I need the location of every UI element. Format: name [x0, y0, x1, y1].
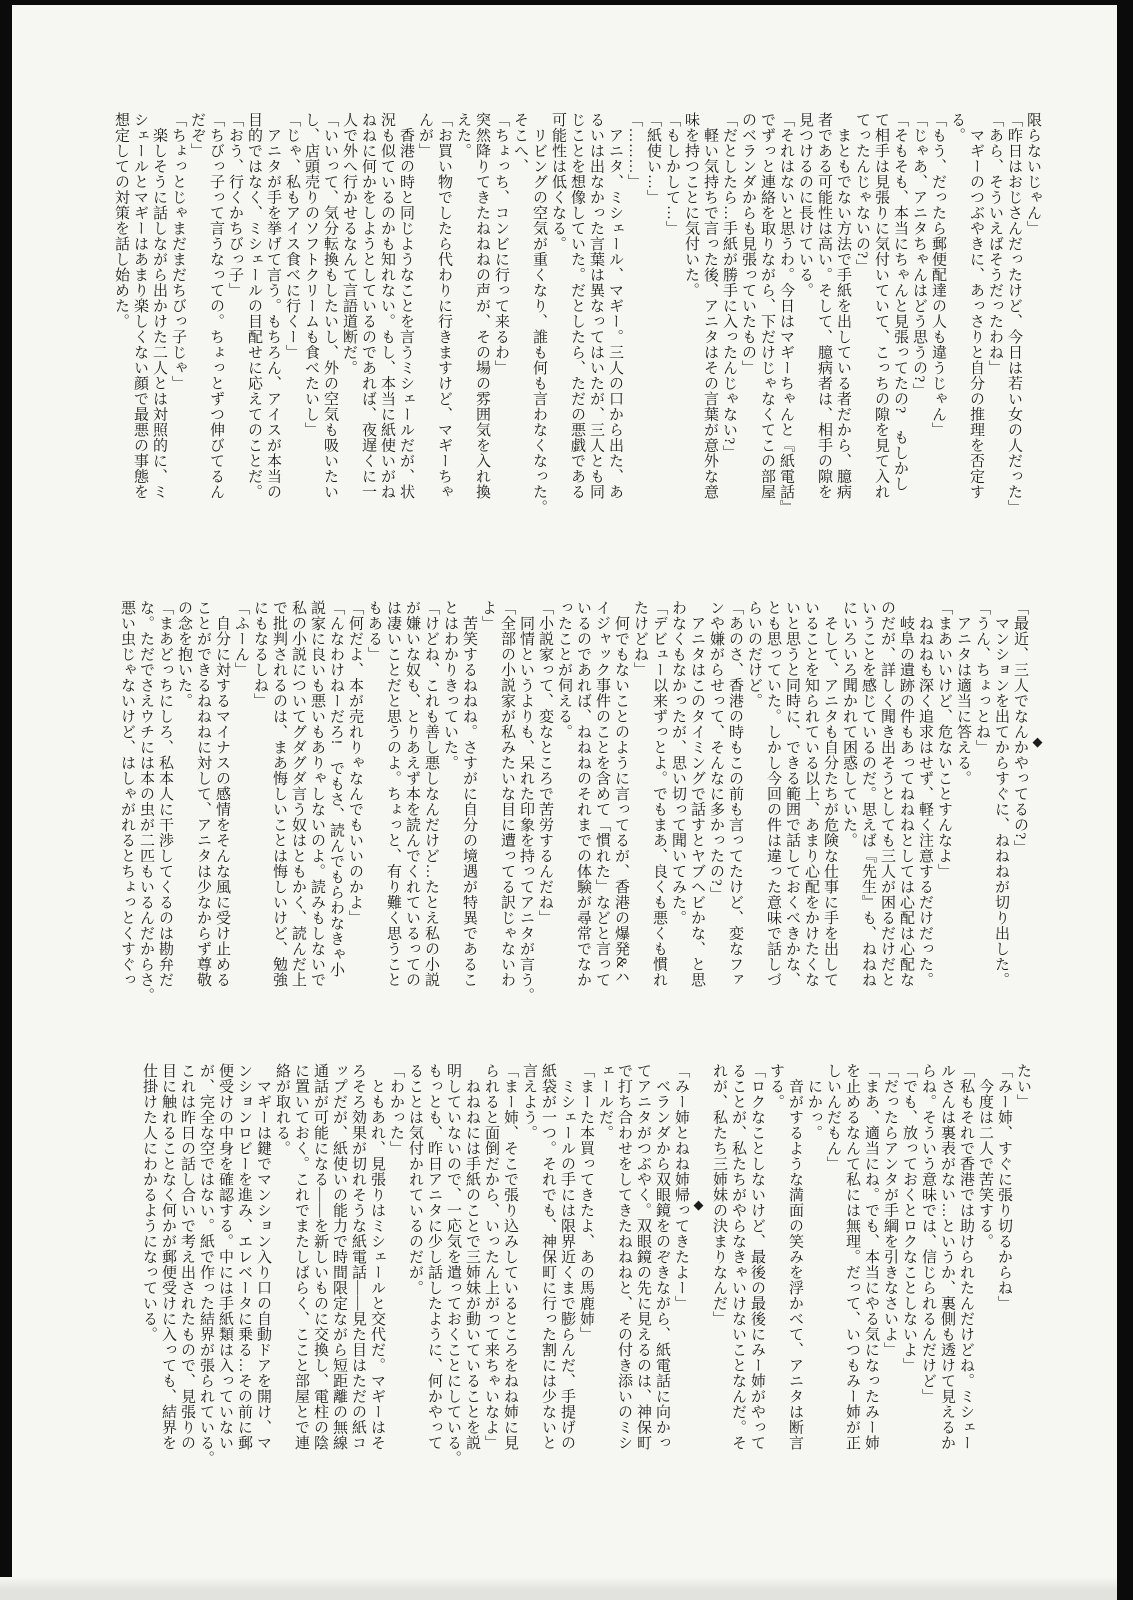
text-column: 便受けの中身を確認する。中には手紙類は入っていない — [215, 1063, 234, 1497]
text-column: 「まあどっちにしろ、私本人に干渉してくるのは勘弁だ — [155, 600, 174, 1030]
text-column: 「まー姉、そこで張り込みしているところをねね姉に見 — [500, 1063, 519, 1497]
text-column: 紙袋が一つ。それでも、神保町に行った割には少ないと — [538, 1063, 557, 1497]
text-column: そして、アニタも自分たちが危険な仕事に手を出して — [820, 600, 839, 1030]
text-column: 香港の時と同じようなことを言うミシェールだが、状 — [396, 112, 415, 557]
text-column: 「あら、そういえばそうだったわね」 — [985, 112, 1004, 557]
text-column: で打ち合わせをしてきたねねねと、その付き添いのミシ — [614, 1063, 633, 1497]
text-column: 「んなわけねーだろ! でもさ、読んでもらわなきゃ小 — [326, 600, 345, 1030]
text-column: いることを知られている以上、あまり心配をかけたくな — [801, 600, 820, 1030]
text-column: な。ただでさえウチには本の虫が二匹もいるんだからさ。 — [136, 600, 155, 1030]
text-column: ることが、私たちがやらなきゃいけないことなんだ。そ — [728, 1063, 747, 1497]
text-column: 「全部の小説家が私みたいな目に遭ってる訳じゃないわ — [497, 600, 516, 1030]
text-column: らいのだけど。 — [744, 600, 763, 1030]
text-column: 同情というよりも、呆れた印象を持ってアニタが言う。 — [516, 600, 535, 1030]
text-column: もっとも、昨日アニタに少し話したように、何かやって — [424, 1063, 443, 1497]
text-column: 音がするような満面の笑みを浮かべて、アニタは断言 — [785, 1063, 804, 1497]
text-column: 何でもないことのように言ってるが、香港の爆発&ハ — [611, 600, 630, 1030]
section-divider-diamond-icon: ◆ — [1029, 600, 1048, 1030]
text-column: イジャック事件のことを含めて「慣れた」などと言って — [592, 600, 611, 1030]
text-section-3: たい」「みー姉、すぐに張り切るからね」 今度は二人で苦笑する。「私もそれで香港で… — [120, 1063, 1032, 1497]
text-column: アニタ、ミシェール、マギー。三人の口から出た、あ — [605, 112, 624, 557]
text-column: 軽い気持ちで言った後、アニタはその言葉が意外な意 — [700, 112, 719, 557]
text-column: これは昨日の話し合いで考え出されたもので、見張りの — [177, 1063, 196, 1497]
text-column: を止めるなんて私には無理。だって、いつもみー姉が正 — [842, 1063, 861, 1497]
text-column: るいは出なかった言葉は異なってはいたが、三人とも同 — [586, 112, 605, 557]
text-column: 「まあ、適当にね。でも、本当にやる気になったみー姉 — [861, 1063, 880, 1497]
text-column: 「ちょっち、コンビに行って来るわ」 — [491, 112, 510, 557]
text-column: アニタはこのタイミングで話すとヤブヘビかな、と思 — [687, 600, 706, 1030]
text-column: 目に触れることなく何かが郵便受けに入っても、結界を — [158, 1063, 177, 1497]
text-column: マンションを出てからすぐに、ねねねが切り出した。 — [991, 600, 1010, 1030]
text-column: られると面倒だから、いったん上がって来ちゃいなよ」 — [481, 1063, 500, 1497]
text-column: わなくもなかったが、思い切って聞いてみた。 — [668, 600, 687, 1030]
text-column: 「紙使い…」 — [643, 112, 662, 557]
text-column: アニタが手を挙げて言う。もちろん、アイスが本当の — [263, 112, 282, 557]
text-section-1: 限らないじゃん」「昨日はおじさんだったけど、今日は若い女の人だった」「あら、そう… — [111, 112, 1042, 557]
text-column: たい」 — [1013, 1063, 1032, 1497]
text-column: シェールとマギーはあまり楽しくない顔で最悪の事態を — [130, 112, 149, 557]
text-column: 者である可能性は高い。そして、臆病者は、相手の隙を — [814, 112, 833, 557]
text-column: 「もう、だったら郵便配達の人も違うじゃん」 — [928, 112, 947, 557]
text-column: とはわかりきっていた。 — [440, 600, 459, 1030]
text-column: 「小説家って、変なところで苦労するんだね」 — [535, 600, 554, 1030]
page-edge-top — [0, 0, 1133, 5]
text-column: に置いておく。これでまたしばらく、ここと部屋とで連 — [291, 1063, 310, 1497]
text-column: が嫌いな奴も、とりあえず本を読んでくれているっての — [402, 600, 421, 1030]
text-column: てアニタがつぶやく。双眼鏡の先に見えるのは、神保町 — [633, 1063, 652, 1497]
text-column: 限らないじゃん」 — [1023, 112, 1042, 557]
text-column: えた。 — [453, 112, 472, 557]
text-column: で批判されるのは、まあ悔しいことは悔しいけど、勉強 — [269, 600, 288, 1030]
text-column: 明していないので、一応気を遣っておくことにしている。 — [443, 1063, 462, 1497]
text-column: らね。そういう意味では、信じられるんだけど」 — [918, 1063, 937, 1497]
text-column: 想定しての対策を話し始めた。 — [111, 112, 130, 557]
text-column: の念を抱いた。 — [174, 600, 193, 1030]
text-column: が、完全な空ではない。紙で作った結界が張られている。 — [196, 1063, 215, 1497]
text-column: れが、私たち三姉妹の決まりなんだ」 — [709, 1063, 728, 1497]
text-column: 仕掛けた人にわかるようになっている。 — [139, 1063, 158, 1497]
text-column: 通話が可能になる――を新しいものに交換し、電柱の陰 — [310, 1063, 329, 1497]
text-section-2: ◆「最近、三人でなんかやってるの?」 マンションを出てからすぐに、ねねねが切り出… — [117, 600, 1048, 1030]
text-column: 「何だよ、本が売れりゃなんでもいいのかよ」 — [345, 600, 364, 1030]
text-column: ともあれ、見張りはミシェールと交代だ。マギーはそ — [367, 1063, 386, 1497]
text-column: 「私もそれで香港では助けられたんだけどね。ミシェー — [956, 1063, 975, 1497]
text-column: だぞ」 — [187, 112, 206, 557]
text-column: 可能性は低くなる。 — [548, 112, 567, 557]
page-edge-bottom — [0, 1577, 1117, 1600]
text-column: ミシェールの手には限界近くまで膨らんだ、手提げの — [557, 1063, 576, 1497]
text-column: 突然降りてきたねねねの声が、その場の雰囲気を入れ換 — [472, 112, 491, 557]
text-column: とも思っていた。しかし今回の件は違った意味で話しづ — [763, 600, 782, 1030]
text-column: のベランダからも見張っていたもの」 — [738, 112, 757, 557]
text-column: 「昨日はおじさんだったけど、今日は若い女の人だった」 — [1004, 112, 1023, 557]
text-column: いと思うと同時に、できる範囲で話しておくべきかな、 — [782, 600, 801, 1030]
text-column: 目的ではなく、ミシェールの目配せに応えてのことだ。 — [244, 112, 263, 557]
text-column: そこへ、 — [510, 112, 529, 557]
text-column: ねねに何かをしようとしているのであれば、夜遅くに一 — [358, 112, 377, 557]
section-divider-diamond-icon: ◆ — [690, 1063, 709, 1497]
text-column: ンションロビーを進み、エレベータに乗る…その前に郵 — [234, 1063, 253, 1497]
text-column: ねねねも深く追求はせず、軽く注意するだけだった。 — [915, 600, 934, 1030]
text-column: 「ふーん」 — [231, 600, 250, 1030]
text-column: し、店頭売りのソフトクリームも食べたいし」 — [301, 112, 320, 557]
text-column: じことを想像していた。だとしたら、ただの悪戯である — [567, 112, 586, 557]
text-column: もある」 — [364, 600, 383, 1030]
text-column: 楽しそうに話しながら出かけた二人とは対照的に、ミ — [149, 112, 168, 557]
text-column: 「じゃ、私もアイス食べに行くー」 — [282, 112, 301, 557]
text-column: 「………」 — [624, 112, 643, 557]
text-column: ンや嫌がらせって、そんなに多かったの?」 — [706, 600, 725, 1030]
text-column: 「まあいいけど、危ないことすんなよ」 — [934, 600, 953, 1030]
text-column: たけどね」 — [630, 600, 649, 1030]
text-column: 今度は二人で苦笑する。 — [975, 1063, 994, 1497]
text-column: 「お買い物でしたら代わりに行きますけど、マギーちゃ — [434, 112, 453, 557]
text-column: にかっ。 — [804, 1063, 823, 1497]
text-column: 「あのさ、香港の時もこの前も言ってたけど、変なファ — [725, 600, 744, 1030]
text-column: 悪い虫じゃないけど、はしゃがれるとちょっとくすぐっ — [117, 600, 136, 1030]
text-column: 言えよう。 — [519, 1063, 538, 1497]
text-column: 自分に対するマイナスの感情をそんな風に受け止める — [212, 600, 231, 1030]
text-column: 「みー姉とねね姉帰ってきたよー」 — [671, 1063, 690, 1497]
text-column: 見つけるのに長けている。 — [795, 112, 814, 557]
text-column: 「わかった」 — [386, 1063, 405, 1497]
text-column: ップだが、紙使いの能力で時間限定ながら短距離の無線 — [329, 1063, 348, 1497]
text-column: 「ちびっ子って言うなっての。ちょっとずつ伸びてるん — [206, 112, 225, 557]
text-column: まともでない方法で手紙を出している者だから、臆病 — [833, 112, 852, 557]
text-column: いるのであれば、ねねねのそれまでの体験が尋常でなか — [573, 600, 592, 1030]
text-column: 岐阜の遺跡の件もあってねねねとしては心配は心配な — [896, 600, 915, 1030]
text-column: する。 — [766, 1063, 785, 1497]
text-column: 「まーた本買ってきたよ、あの馬鹿姉」 — [576, 1063, 595, 1497]
text-column: 「それはないと思うわ。今日はマギーちゃんと『紙電話』 — [776, 112, 795, 557]
text-column: ることは気付かれているのだが。 — [405, 1063, 424, 1497]
text-column: 「おう、行くかちびっ子」 — [225, 112, 244, 557]
text-column: 「ちょっとじゃまだまだちびっ子じゃ」 — [168, 112, 187, 557]
text-column: ルさんは裏表がない…というか、裏側も透けて見えるか — [937, 1063, 956, 1497]
text-column: 「デビュー以来ずっとよ。でもまあ、良くも悪くも慣れ — [649, 600, 668, 1030]
text-column: 「いいって、気分転換もしたいし、外の空気も吸いたい — [320, 112, 339, 557]
text-column: 「だったらアンタが手綱を引きなさいよ」 — [880, 1063, 899, 1497]
text-column: にいろいろ聞かれて困惑していた。 — [839, 600, 858, 1030]
text-column: ったことが伺える。 — [554, 600, 573, 1030]
text-column: リビングの空気が重くなり、誰も何も言わなくなった。 — [529, 112, 548, 557]
text-column: 私の小説についてグダグダ言う奴はともかく、読んだ上 — [288, 600, 307, 1030]
text-column: て相手は見張りに気付いていて、こっちの隙を見て入れ — [871, 112, 890, 557]
text-column: 況も似ているのかも知れない。もし、本当に紙使いがね — [377, 112, 396, 557]
text-column: マギーは鍵でマンション入り口の自動ドアを開け、マ — [253, 1063, 272, 1497]
text-column: 「最近、三人でなんかやってるの?」 — [1010, 600, 1029, 1030]
text-column: 「じゃあ、アニタちゃんはどう思うの?」 — [909, 112, 928, 557]
text-column: は凄いことだと思うのよ。ちょっと、有り難く思うこと — [383, 600, 402, 1030]
text-column: のだが、詳しく聞き出そうとしても三人が困るだけだと — [877, 600, 896, 1030]
text-column: る。 — [947, 112, 966, 557]
text-column: ェールだ。 — [595, 1063, 614, 1497]
text-column: いうことを感じているのだ。思えば『先生』も、ねねね — [858, 600, 877, 1030]
text-column: 「でも、放っておくとロクなことしないよ」 — [899, 1063, 918, 1497]
text-column: でずっと連絡を取りながら、下だけじゃなくてこの部屋 — [757, 112, 776, 557]
text-column: ろそろ効果が切れそうな紙電話――見た目はただの紙コ — [348, 1063, 367, 1497]
text-column: 「だとしたら…手紙が勝手に入ったんじゃない?」 — [719, 112, 738, 557]
text-column: 「もしかして…」 — [662, 112, 681, 557]
text-column: しいんだもん」 — [823, 1063, 842, 1497]
text-column: 味を持つことに気付いた。 — [681, 112, 700, 557]
text-column: マギーのつぶやきに、あっさりと自分の推理を否定す — [966, 112, 985, 557]
text-column: 「うん、ちょっとね」 — [972, 600, 991, 1030]
text-column: 「そもそも、本当にちゃんと見張ってたの? もしかし — [890, 112, 909, 557]
text-column: よ」 — [478, 600, 497, 1030]
text-column: 説家に良いも悪いもありゃしないのよ。読みもしないで — [307, 600, 326, 1030]
text-column: アニタは適当に答える。 — [953, 600, 972, 1030]
text-column: 「みー姉、すぐに張り切るからね」 — [994, 1063, 1013, 1497]
text-column: 人で外へ行かせるなんて言語道断だ。 — [339, 112, 358, 557]
text-column: にもなるしね」 — [250, 600, 269, 1030]
scanned-novel-page: 限らないじゃん」「昨日はおじさんだったけど、今日は若い女の人だった」「あら、そう… — [0, 0, 1133, 1600]
page-edge-right — [1117, 0, 1133, 1600]
text-column: ことができるねねねに対して、アニタは少なからず尊敬 — [193, 600, 212, 1030]
page-edge-left — [0, 0, 12, 1580]
text-column: 「ロクなことしないけど、最後の最後にみー姉がやって — [747, 1063, 766, 1497]
text-column: 苦笑するねねね。さすがに自分の境遇が特異であるこ — [459, 600, 478, 1030]
text-column: んが」 — [415, 112, 434, 557]
text-column: てったんじゃないの?」 — [852, 112, 871, 557]
text-column: ベランダから双眼鏡をのぞきながら、紙電話に向かっ — [652, 1063, 671, 1497]
text-column: 絡が取れる。 — [272, 1063, 291, 1497]
text-column: 「けどね、これも善し悪しなんだけど…たとえ私の小説 — [421, 600, 440, 1030]
text-column: ねねねには手紙のことで三姉妹が動いていることを説 — [462, 1063, 481, 1497]
